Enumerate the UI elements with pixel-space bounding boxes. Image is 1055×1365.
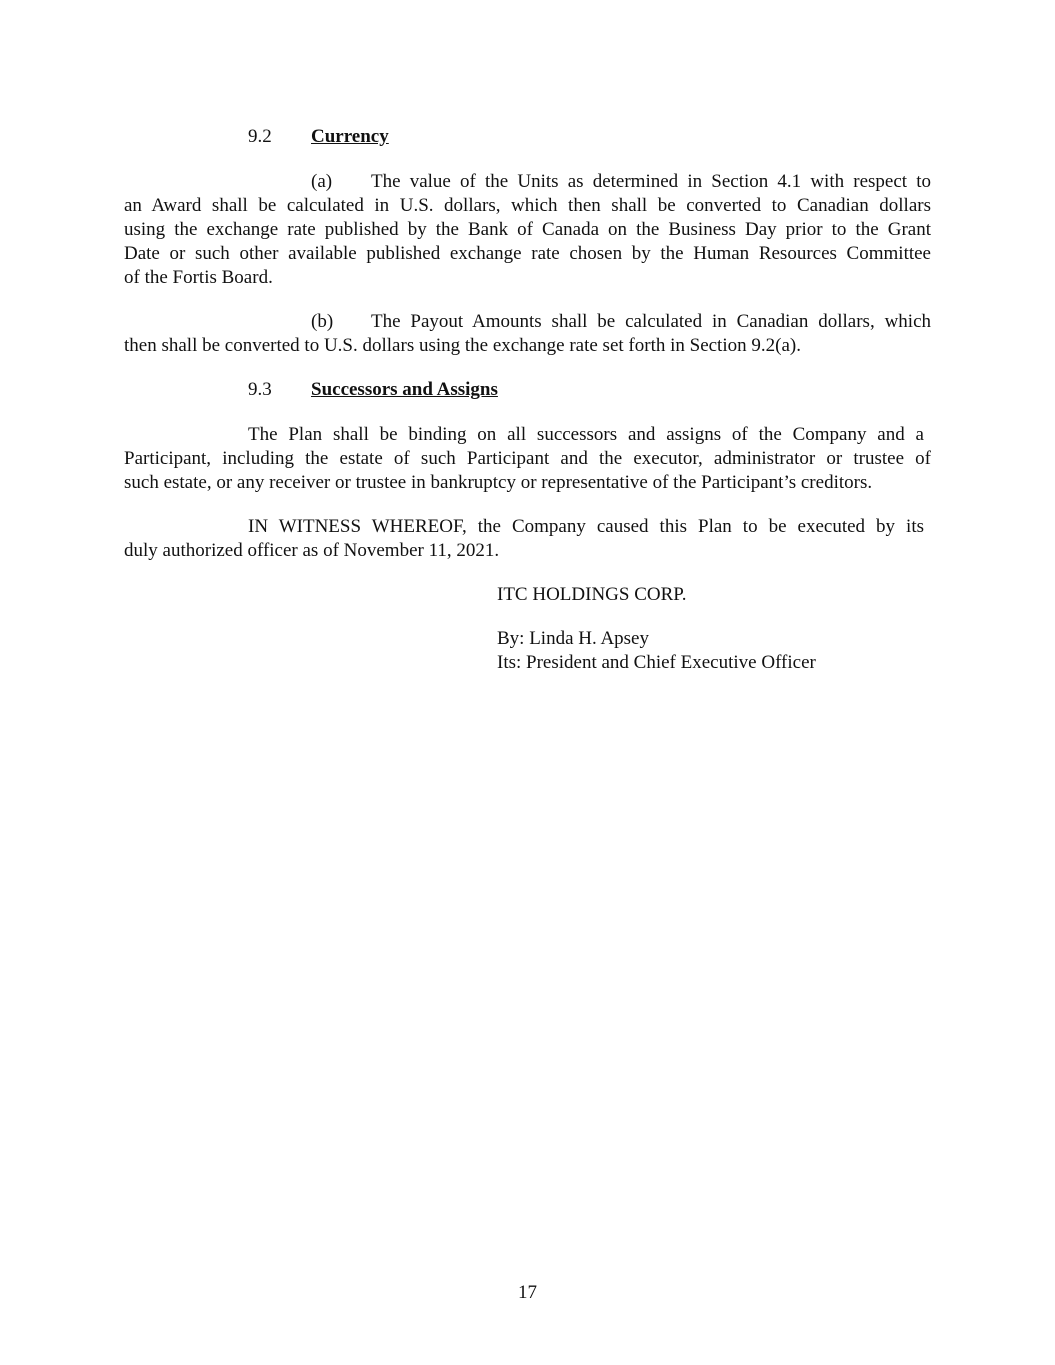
clause-label: (b) [311,310,371,334]
paragraph-line: Participant, including the estate of suc… [124,447,931,471]
section-title: Currency [311,125,389,149]
section-title: Successors and Assigns [311,378,498,402]
paragraph-line: The Plan shall be binding on all success… [248,423,924,447]
paragraph-line: (b)The Payout Amounts shall be calculate… [311,310,931,334]
signatory-name: By: Linda H. Apsey [497,627,649,651]
section-number: 9.2 [248,125,272,149]
company-name: ITC HOLDINGS CORP. [497,583,687,607]
paragraph-line: Date or such other available published e… [124,242,931,266]
signatory-title: Its: President and Chief Executive Offic… [497,651,816,675]
paragraph-line: IN WITNESS WHEREOF, the Company caused t… [248,515,924,539]
paragraph-line: duly authorized officer as of November 1… [124,539,931,563]
paragraph-line: such estate, or any receiver or trustee … [124,471,931,495]
paragraph-line: (a)The value of the Units as determined … [311,170,931,194]
section-number: 9.3 [248,378,272,402]
clause-label: (a) [311,170,371,194]
paragraph-line: an Award shall be calculated in U.S. dol… [124,194,931,218]
paragraph-line: then shall be converted to U.S. dollars … [124,334,931,358]
paragraph-line: of the Fortis Board. [124,266,931,290]
paragraph-line: using the exchange rate published by the… [124,218,931,242]
page-number: 17 [0,1282,1055,1304]
